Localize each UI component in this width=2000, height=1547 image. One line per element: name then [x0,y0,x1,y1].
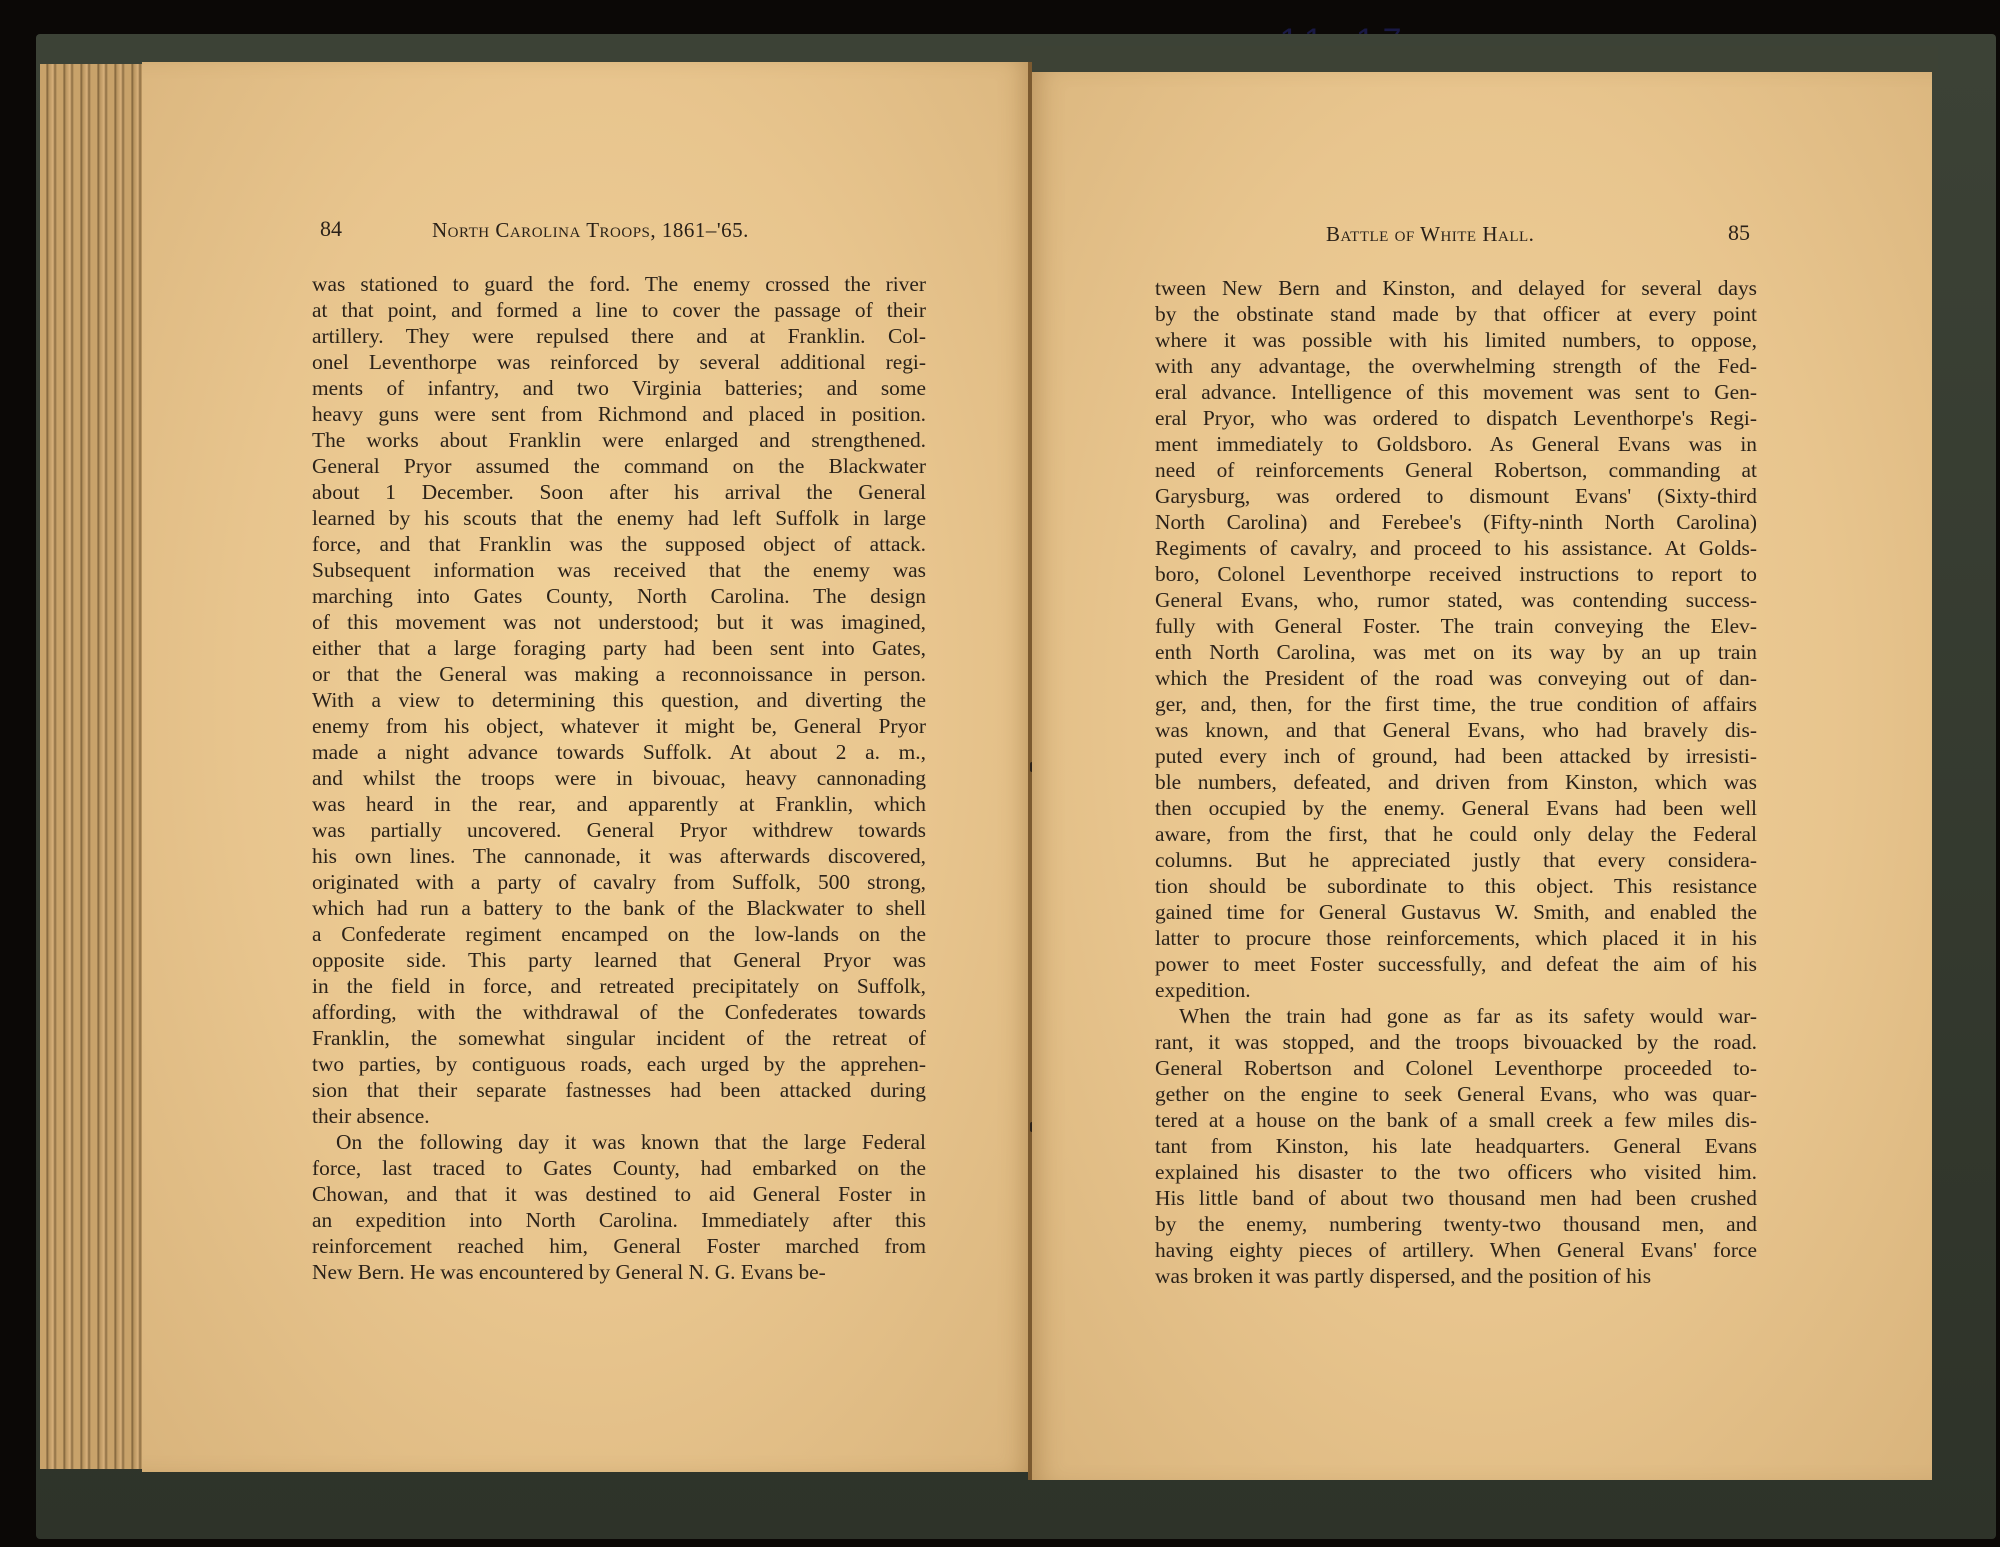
text-line: The works about Franklin were enlarged a… [312,427,926,453]
text-line: Garysburg, was ordered to dismount Evans… [1155,483,1757,509]
text-line: a Confederate regiment encamped on the l… [312,921,926,947]
text-line: force, last traced to Gates County, had … [312,1155,926,1181]
text-line: reinforcement reached him, General Foste… [312,1233,926,1259]
text-line: made a night advance towards Suffolk. At… [312,739,926,765]
text-line: gained time for General Gustavus W. Smit… [1155,899,1757,925]
text-line: Franklin, the somewhat singular incident… [312,1025,926,1051]
text-line: two parties, by contiguous roads, each u… [312,1051,926,1077]
text-line: eral Pryor, who was ordered to dispatch … [1155,405,1757,431]
text-line: with any advantage, the overwhelming str… [1155,353,1757,379]
text-line: was partially uncovered. General Pryor w… [312,817,926,843]
right-page: Battle of White Hall. 85 tween New Bern … [1032,72,1932,1480]
text-line: boro, Colonel Leventhorpe received instr… [1155,561,1757,587]
text-line: ment immediately to Goldsboro. As Genera… [1155,431,1757,457]
text-line: heavy guns were sent from Richmond and p… [312,401,926,427]
text-line: force, and that Franklin was the suppose… [312,531,926,557]
text-line: tween New Bern and Kinston, and delayed … [1155,275,1757,301]
text-line: ger, and, then, for the first time, the … [1155,691,1757,717]
text-line: When the train had gone as far as its sa… [1155,1003,1757,1029]
text-line: where it was possible with his limited n… [1155,327,1757,353]
text-line: latter to procure those reinforcements, … [1155,925,1757,951]
text-line: On the following day it was known that t… [312,1129,926,1155]
text-line: their absence. [312,1103,926,1129]
text-line: North Carolina) and Ferebee's (Fifty-nin… [1155,509,1757,535]
text-line: affording, with the withdrawal of the Co… [312,999,926,1025]
text-line: eral advance. Intelligence of this movem… [1155,379,1757,405]
text-line: ments of infantry, and two Virginia batt… [312,375,926,401]
text-line: sion that their separate fastnesses had … [312,1077,926,1103]
text-line: at that point, and formed a line to cove… [312,297,926,323]
text-line: by the obstinate stand made by that offi… [1155,301,1757,327]
text-line: expedition. [1155,977,1757,1003]
text-line: was broken it was partly dispersed, and … [1155,1263,1757,1289]
text-line: about 1 December. Soon after his arrival… [312,479,926,505]
text-line: power to meet Foster successfully, and d… [1155,951,1757,977]
text-line: General Pryor assumed the command on the… [312,453,926,479]
text-line: puted every inch of ground, had been att… [1155,743,1757,769]
left-page-body: was stationed to guard the ford. The ene… [312,271,926,1285]
text-line: With a view to determining this question… [312,687,926,713]
page-block-edges [40,64,146,1469]
text-line: was heard in the rear, and apparently at… [312,791,926,817]
text-line: enth North Carolina, was met on its way … [1155,639,1757,665]
text-line: and whilst the troops were in bivouac, h… [312,765,926,791]
text-line: an expedition into North Carolina. Immed… [312,1207,926,1233]
text-line: originated with a party of cavalry from … [312,869,926,895]
text-line: Subsequent information was received that… [312,557,926,583]
text-line: enemy from his object, whatever it might… [312,713,926,739]
text-line: his own lines. The cannonade, it was aft… [312,843,926,869]
text-line: was known, and that General Evans, who h… [1155,717,1757,743]
text-line: onel Leventhorpe was reinforced by sever… [312,349,926,375]
text-line: His little band of about two thousand me… [1155,1185,1757,1211]
right-page-body: tween New Bern and Kinston, and delayed … [1155,275,1757,1289]
text-line: was stationed to guard the ford. The ene… [312,271,926,297]
text-line: marching into Gates County, North Caroli… [312,583,926,609]
running-head-left: North Carolina Troops, 1861–'65. [432,218,749,243]
text-line: then occupied by the enemy. General Evan… [1155,795,1757,821]
text-line: of this movement was not understood; but… [312,609,926,635]
text-line: tion should be subordinate to this objec… [1155,873,1757,899]
page-number-right: 85 [1728,220,1750,246]
text-line: tant from Kinston, his late headquarters… [1155,1133,1757,1159]
text-line: in the field in force, and retreated pre… [312,973,926,999]
text-line: which had run a battery to the bank of t… [312,895,926,921]
text-line: explained his disaster to the two office… [1155,1159,1757,1185]
text-line: New Bern. He was encountered by General … [312,1259,926,1285]
text-line: rant, it was stopped, and the troops biv… [1155,1029,1757,1055]
text-line: opposite side. This party learned that G… [312,947,926,973]
text-line: tered at a house on the bank of a small … [1155,1107,1757,1133]
text-line: learned by his scouts that the enemy had… [312,505,926,531]
text-line: or that the General was making a reconno… [312,661,926,687]
page-number-left: 84 [320,216,342,242]
text-line: need of reinforcements General Robertson… [1155,457,1757,483]
text-line: artillery. They were repulsed there and … [312,323,926,349]
text-line: General Robertson and Colonel Leventhorp… [1155,1055,1757,1081]
text-line: Regiments of cavalry, and proceed to his… [1155,535,1757,561]
text-line: by the enemy, numbering twenty-two thous… [1155,1211,1757,1237]
text-line: columns. But he appreciated justly that … [1155,847,1757,873]
text-line: which the President of the road was conv… [1155,665,1757,691]
text-line: gether on the engine to seek General Eva… [1155,1081,1757,1107]
text-line: fully with General Foster. The train con… [1155,613,1757,639]
text-line: Chowan, and that it was destined to aid … [312,1181,926,1207]
text-line: General Evans, who, rumor stated, was co… [1155,587,1757,613]
text-line: either that a large foraging party had b… [312,635,926,661]
running-head-right: Battle of White Hall. [1326,222,1534,247]
text-line: having eighty pieces of artillery. When … [1155,1237,1757,1263]
text-line: aware, from the first, that he could onl… [1155,821,1757,847]
left-page: 84 North Carolina Troops, 1861–'65. was … [142,62,1032,1472]
text-line: ble numbers, defeated, and driven from K… [1155,769,1757,795]
